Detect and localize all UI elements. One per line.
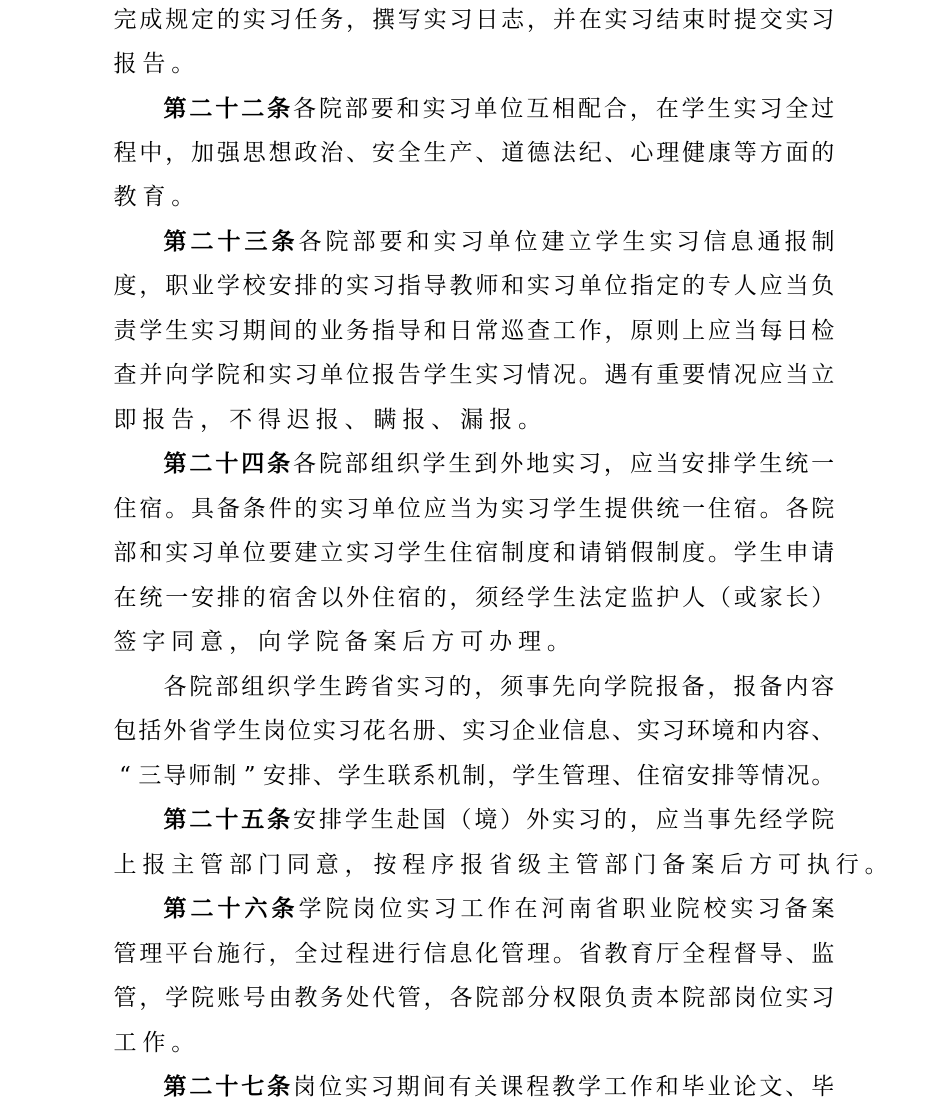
text-char: 位 [604,266,628,310]
text-char: 部 [707,978,731,1022]
text-char: 生 [578,489,602,533]
text-char: 习 [268,0,292,44]
text-char: 强 [216,133,240,177]
text-char: 按 [373,845,397,889]
text-char: 习 [460,222,484,266]
text-char: 习 [422,667,446,711]
text-char: 工 [113,1023,137,1067]
text-char: 在 [113,578,137,622]
text-char: 境 [711,711,735,755]
text-char: 和 [139,533,163,577]
text-char: 制 [811,222,835,266]
text-char: 件 [268,489,292,533]
text-char: 提 [733,0,757,44]
text-char: 院 [318,89,342,133]
text-char: “ [113,756,137,800]
text-char: 校 [703,889,727,933]
text-char: 。 [171,177,195,221]
text-char: ， [346,0,370,44]
text-char: 报 [315,400,339,444]
text-char: 上 [113,845,137,889]
paragraph-line: 部和实习单位要建立实习学生住宿制度和请销假制度。学生申请 [113,533,835,577]
text-char: 。 [517,400,541,444]
article-number: 条 [267,800,291,844]
text-char: 国 [422,800,446,844]
text-char: 习 [371,533,395,577]
article-heading-line: 第二十二条各院部要和实习单位互相配合，在学生实习全过 [163,89,835,133]
text-char: 备 [784,889,808,933]
text-char: 业 [649,889,673,933]
text-char: 习 [527,489,551,533]
text-char: （ [707,578,731,622]
text-char: 则 [656,311,680,355]
text-char: 习 [346,489,370,533]
text-char: 成 [139,0,163,44]
text-char: 德 [527,133,551,177]
text-char: 实 [242,0,266,44]
text-char: 指 [397,266,421,310]
text-char: ） [500,800,524,844]
text-char: 平 [165,934,189,978]
text-char: 舍 [294,578,318,622]
text-char: 位 [242,533,266,577]
text-char: 事 [707,800,731,844]
text-char: 行 [397,934,421,978]
text-char: 或 [733,578,757,622]
text-char: 管 [397,978,421,1022]
text-char: 实 [320,489,344,533]
text-char: ， [603,444,627,488]
text-char: 为 [475,489,499,533]
text-char: 生 [448,444,472,488]
text-char: 交 [759,0,783,44]
article-number: 条 [271,222,295,266]
text-char: 、 [604,133,628,177]
text-char: 应 [629,444,653,488]
article-heading-line: 第二十四条各院部组织学生到外地实习，应当安排学生统一 [163,444,835,488]
text-char: ， [629,89,653,133]
text-char: 报 [655,667,679,711]
text-char: 主 [546,845,570,889]
text-char: 方 [749,845,773,889]
text-char: 执 [806,845,830,889]
text-char: 度 [113,266,137,310]
text-char: 部 [352,222,376,266]
text-char: 立 [320,533,344,577]
text-char: 院 [191,978,215,1022]
text-char: 督 [733,934,757,978]
text-char: 家 [759,578,783,622]
text-char: 学 [191,355,215,399]
text-char: 日 [475,0,499,44]
text-char: 生 [537,756,561,800]
text-char: 各 [293,444,317,488]
text-char: 联 [387,756,411,800]
text-char: 理 [517,622,541,666]
text-char: 管 [575,845,599,889]
text-char: 花 [362,711,386,755]
text-char: 业 [191,266,215,310]
text-char: 级 [517,845,541,889]
text-char: 定 [604,578,628,622]
text-char: 迟 [286,400,310,444]
article-number: 十 [215,444,239,488]
text-char: 过 [320,934,344,978]
text-char: 岗 [352,889,376,933]
paragraph-line: 签字同意，向学院备案后方可办理。 [113,622,570,666]
text-char: 法 [578,578,602,622]
paragraph-line: 管理平台施行，全过程进行信息化管理。省教育厅全程督导、监 [113,934,835,978]
text-char: 可 [460,622,484,666]
text-char: 位 [379,889,403,933]
paragraph-line: 教育。 [113,177,195,221]
text-char: 的 [811,133,835,177]
text-char: 日 [449,311,473,355]
text-char: 各 [163,667,187,711]
text-char: 立 [568,222,592,266]
text-char: 省 [188,711,212,755]
text-char: 信 [703,222,727,266]
text-char: 实 [346,266,370,310]
text-char: 向 [257,622,281,666]
text-char: ， [629,800,653,844]
text-char: 部 [215,667,239,711]
text-char: 请 [578,533,602,577]
text-char: 、 [611,711,635,755]
text-char: 部 [113,533,137,577]
text-char: 导 [397,311,421,355]
text-char: 学 [298,889,322,933]
text-char: 河 [541,889,565,933]
text-char: 任 [294,0,318,44]
text-char: 包 [113,711,137,755]
text-char: 排 [287,756,311,800]
text-char: 后 [402,622,426,666]
text-char: 专 [707,266,731,310]
text-char: 要 [682,355,706,399]
text-char: ， [139,978,163,1022]
text-char: 、 [811,711,835,755]
text-char: 学 [165,978,189,1022]
text-char: 一 [682,489,706,533]
text-char: 在 [514,889,538,933]
text-char: 定 [656,266,680,310]
text-char: 期 [242,311,266,355]
text-char: 习 [578,444,602,488]
text-char: 住 [449,533,473,577]
text-char: 、 [346,133,370,177]
text-char: 程 [346,934,370,978]
text-char: 南 [568,889,592,933]
text-char: 思 [242,133,266,177]
text-char: 习 [676,222,700,266]
article-number: 第 [163,89,187,133]
text-char: 当 [785,266,809,310]
text-char: 要 [379,222,403,266]
text-char: 实 [312,711,336,755]
text-char: 负 [604,978,628,1022]
text-char: 经 [501,578,525,622]
text-char: 生 [552,578,576,622]
article-number: 二 [189,800,213,844]
text-char: 务 [320,978,344,1022]
text-char: 宿 [733,489,757,533]
article-number: 第 [163,800,187,844]
text-char: 当 [449,489,473,533]
text-char: 结 [656,0,680,44]
text-char: 等 [736,756,760,800]
text-char: 业 [320,311,344,355]
text-char: 文 [759,1067,783,1111]
text-char: 排 [711,756,735,800]
article-number: 条 [267,89,291,133]
text-char: 责 [113,311,137,355]
paragraph-line: 上报主管部门同意，按程序报省级主管部门备案后方可执行。 [113,845,888,889]
article-number: 五 [241,800,265,844]
text-char: 实 [346,533,370,577]
text-char: 学 [397,533,421,577]
text-char: 安 [371,133,395,177]
text-char: 并 [139,355,163,399]
text-char: 务 [320,0,344,44]
text-char: 的 [682,266,706,310]
text-char: 理 [527,934,551,978]
text-char: 学 [603,667,627,711]
text-char: 教 [552,1067,576,1111]
text-char: 学 [293,667,317,711]
text-char: 当 [785,355,809,399]
text-char: 应 [423,489,447,533]
text-char: 学 [216,266,240,310]
text-char: 习 [370,1067,394,1111]
text-char: 位 [287,711,311,755]
text-char: 管 [200,845,224,889]
text-char: 厅 [656,934,680,978]
text-char: 、 [312,756,336,800]
text-char: 学 [733,444,757,488]
text-char: 赴 [396,800,420,844]
paragraph-line: “三导师制”安排、学生联系机制，学生管理、住宿安排等情况。 [113,756,835,800]
text-char: 实 [733,89,757,133]
text-char: 作 [487,889,511,933]
text-char: 各 [298,222,322,266]
text-char: 教 [113,177,137,221]
text-char: 各 [785,489,809,533]
article-number: 十 [215,800,239,844]
text-char: 间 [268,311,292,355]
text-char: 人 [733,266,757,310]
text-char: 生 [707,89,731,133]
article-number: 二 [189,89,213,133]
text-char: 等 [733,133,757,177]
text-char: 安 [191,578,215,622]
article-number: 十 [215,1067,239,1111]
text-char: 要 [268,533,292,577]
text-char: 各 [449,978,473,1022]
article-number: 三 [244,222,268,266]
text-char: 教 [294,978,318,1022]
text-char: 习 [191,533,215,577]
text-char: 和 [736,711,760,755]
text-char: 容 [811,667,835,711]
text-char: 况 [786,756,810,800]
text-char: 志 [501,0,525,44]
article-number: 第 [163,444,187,488]
text-char: 当 [681,800,705,844]
article-number: 第 [163,222,187,266]
text-char: 案 [691,845,715,889]
text-char: 备 [759,667,783,711]
paragraph-line: 完成规定的实习任务，撰写实习日志，并在实习结束时提交实习 [113,0,835,44]
text-char: 单 [474,89,498,133]
text-char: 省 [489,845,513,889]
text-char: 学 [785,800,809,844]
text-char: 职 [165,266,189,310]
text-char: 生 [165,311,189,355]
text-char: 即 [113,400,137,444]
text-char: 宿 [139,489,163,533]
text-char: 管 [113,934,137,978]
text-char: 院 [325,889,349,933]
text-char: 生 [423,533,447,577]
text-char: 。 [171,44,195,88]
text-char: 岗 [733,978,757,1022]
article-number: 十 [217,222,241,266]
text-char: 息 [730,222,754,266]
text-char: 台 [191,934,215,978]
text-char: 意 [200,622,224,666]
text-char: 育 [630,934,654,978]
text-char: 常 [475,311,499,355]
text-char: 应 [707,311,731,355]
text-char: 报 [113,44,137,88]
text-char: 报 [460,845,484,889]
text-char: 内 [761,711,785,755]
text-char: 长 [785,578,809,622]
text-char: 定 [191,0,215,44]
text-char: 安 [263,756,287,800]
text-char: 、 [611,756,635,800]
text-char: ， [449,578,473,622]
text-char: 实 [165,533,189,577]
text-char: 位 [500,89,524,133]
text-char: 织 [267,667,291,711]
text-char: 作 [629,1067,653,1111]
text-char: 分 [527,978,551,1022]
text-char: 施 [216,934,240,978]
text-char: 外 [163,711,187,755]
text-char: 报 [489,400,513,444]
text-char: 实 [527,266,551,310]
text-char: 合 [603,89,627,133]
text-char: 校 [242,266,266,310]
text-char: 位 [346,355,370,399]
text-char: 备 [681,667,705,711]
text-char: 指 [630,266,654,310]
text-char: 和 [655,1067,679,1111]
text-char: 序 [431,845,455,889]
article-number: 六 [244,889,268,933]
text-char: 遇 [604,355,628,399]
text-char: 完 [113,0,137,44]
text-char: 代 [371,978,395,1022]
text-char: 报 [784,222,808,266]
paragraph-line: 住宿。具备条件的实习单位应当为实习学生提供统一住宿。各院 [113,489,835,533]
text-char: 的 [448,667,472,711]
text-char: 一 [165,578,189,622]
text-char: 习 [448,89,472,133]
text-char: 报 [142,400,166,444]
text-char: 管 [113,978,137,1022]
text-char: 宿 [397,578,421,622]
paragraph-line: 即报告，不得迟报、瞒报、漏报。 [113,400,541,444]
paragraph-line: 包括外省学生岗位实习花名册、实习企业信息、实习环境和内容、 [113,711,835,755]
text-char: 原 [630,311,654,355]
text-char: 告 [142,44,166,88]
text-char: 以 [320,578,344,622]
text-char: 和 [396,89,420,133]
article-number: 条 [271,889,295,933]
text-char: 宿 [661,756,685,800]
text-char: 行 [242,934,266,978]
text-char: 排 [216,578,240,622]
text-char: 部 [604,845,628,889]
text-char: 制 [656,533,680,577]
text-char: 具 [191,489,215,533]
paragraph-line: 各院部组织学生跨省实习的，须事先向学院报备，报备内容 [163,667,835,711]
text-char: 实 [604,0,628,44]
text-char: 息 [449,934,473,978]
text-char: 建 [541,222,565,266]
text-char: 理 [656,133,680,177]
text-char: 方 [759,133,783,177]
text-char: 度 [527,533,551,577]
article-number: 四 [241,444,265,488]
text-char: 院 [318,444,342,488]
text-char: 限 [578,978,602,1022]
text-char: ， [344,845,368,889]
text-char: 先 [552,667,576,711]
text-char: 立 [811,355,835,399]
text-char: 和 [242,355,266,399]
article-number: 二 [189,1067,213,1111]
text-char: 生 [318,667,342,711]
text-char: 实 [462,711,486,755]
text-char: 实 [649,222,673,266]
article-heading-line: 第二十六条学院岗位实习工作在河南省职业院校实习备案 [163,889,835,933]
text-char: 教 [449,266,473,310]
text-char: 实 [785,0,809,44]
text-char: 习 [501,355,525,399]
text-char: 单 [216,533,240,577]
text-char: 信 [562,711,586,755]
text-char: 理 [139,934,163,978]
text-char: 。 [707,533,731,577]
text-char: 习 [294,355,318,399]
text-char: 须 [500,667,524,711]
text-char: 间 [422,1067,446,1111]
text-char: 习 [487,711,511,755]
text-char: 化 [475,934,499,978]
text-char: 习 [661,711,685,755]
text-char: 生 [238,711,262,755]
text-char: 册 [412,711,436,755]
text-char: 实 [475,355,499,399]
text-char: 先 [733,800,757,844]
text-char: 处 [346,978,370,1022]
text-char: 实 [636,711,660,755]
text-char: 学 [344,800,368,844]
